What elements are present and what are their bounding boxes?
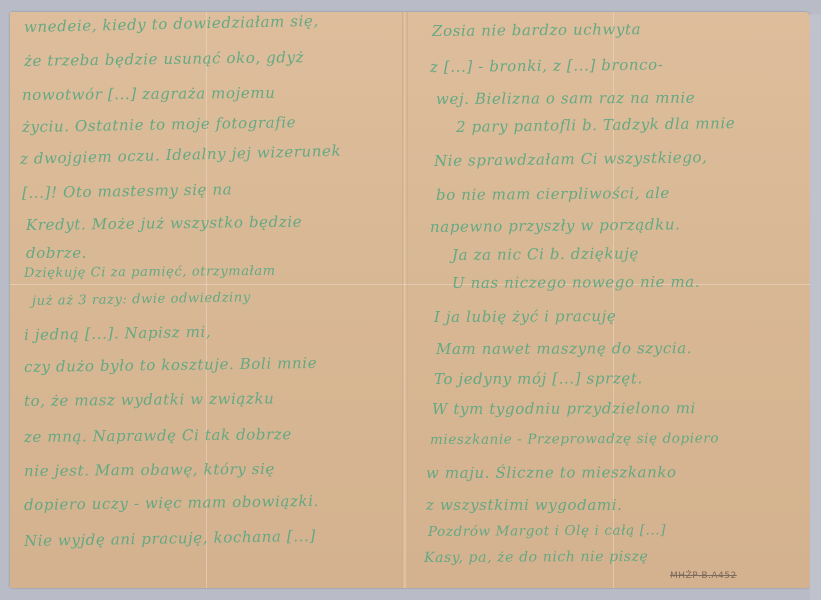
left-line-3: nowotwór [...] zagraża mojemu <box>22 84 276 104</box>
right-line-3: wej. Bielizna o sam raz na mnie <box>436 89 695 108</box>
right-line-1: Zosia nie bardzo uchwyta <box>432 20 641 40</box>
right-line-17: Pozdrów Margot i Olę i całą [...] <box>428 522 666 540</box>
left-line-6: [...]! Oto mastesmy się na <box>22 180 233 202</box>
left-line-7: Kredyt. Może już wszystko będzie <box>26 213 302 234</box>
right-line-2: z [...] - bronki, z [...] bronco- <box>430 56 664 76</box>
left-line-13: to, że masz wydatki w związku <box>24 389 275 410</box>
left-line-9: Dziękuję Ci za pamięć, otrzymałam <box>24 264 276 281</box>
left-line-11: i jedną [...]. Napisz mi, <box>24 323 212 344</box>
left-line-14: ze mną. Naprawdę Ci tak dobrze <box>24 425 292 446</box>
right-line-10: I ja lubię żyć i pracuję <box>434 307 616 326</box>
right-line-18: Kasy, pa, że do nich nie piszę <box>424 549 649 566</box>
right-line-12: To jedyny mój [...] sprzęt. <box>434 369 643 388</box>
right-line-5: Nie sprawdzałam Ci wszystkiego, <box>434 148 708 170</box>
right-line-11: Mam nawet maszynę do szycia. <box>436 339 692 358</box>
right-line-16: z wszystkimi wygodami. <box>426 496 622 514</box>
right-line-9: U nas niczego nowego nie ma. <box>452 273 700 292</box>
accession-number: MHŻP-B.A452 <box>670 571 737 581</box>
background-edge <box>810 14 821 600</box>
right-line-7: napewno przyszły w porządku. <box>430 215 681 236</box>
right-line-15: w maju. Śliczne to mieszkanko <box>426 463 677 482</box>
right-line-8: Ja za nic Ci b. dziękuję <box>452 244 639 264</box>
right-line-14: mieszkanie - Przeprowadzę się dopiero <box>430 430 719 448</box>
left-line-8: dobrze. <box>26 244 87 262</box>
left-line-15: nie jest. Mam obawę, który się <box>24 460 275 480</box>
right-line-13: W tym tygodniu przydzielono mi <box>432 399 696 418</box>
right-line-6: bo nie mam cierpliwości, ale <box>436 184 670 204</box>
